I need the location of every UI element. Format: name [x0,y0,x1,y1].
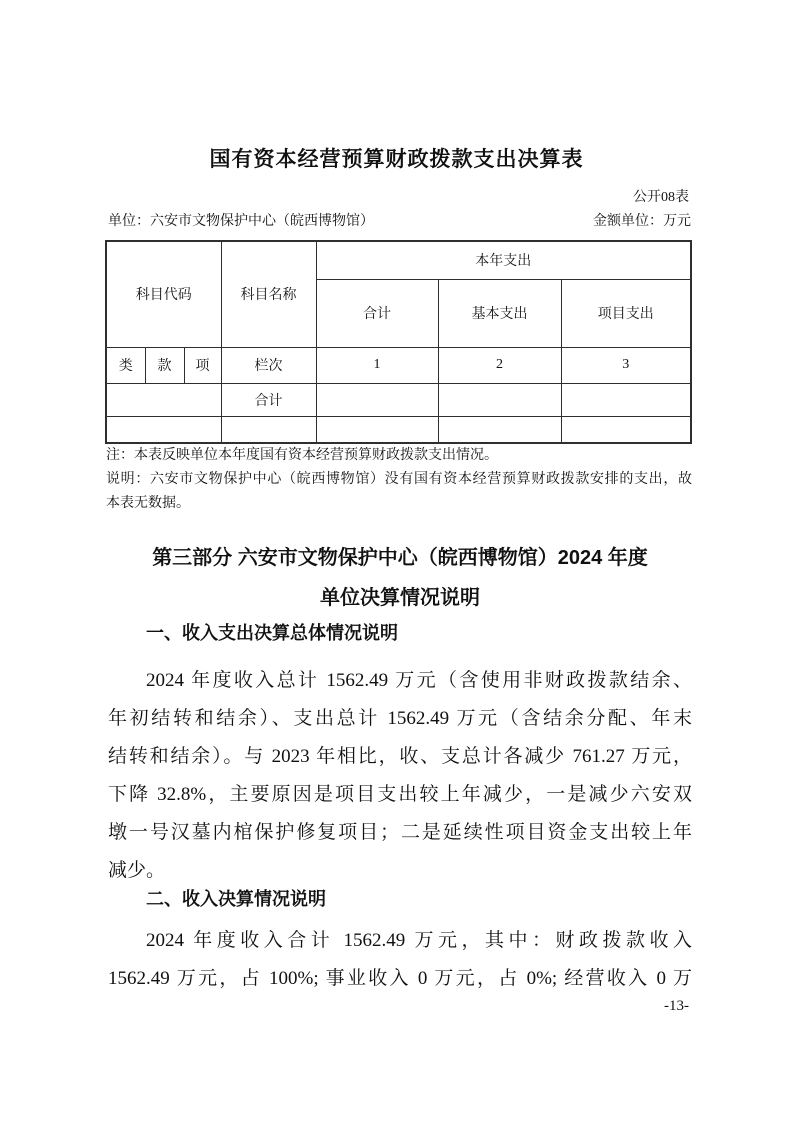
part3-heading-line1: 第三部分 六安市文物保护中心（皖西博物馆）2024 年度 [108,538,692,578]
table-row [106,416,691,443]
header-basic-expenditure: 基本支出 [438,279,561,347]
text-line: 墩一号汉墓内棺保护修复项目；二是延续性项目资金支出较上年 [108,814,692,852]
section1-heading: 一、收入支出决算总体情况说明 [108,620,692,646]
section2-paragraph: 2024 年度收入合计 1562.49 万元，其中：财政拨款收入1562.49 … [108,922,692,998]
row-code-cell [106,383,221,416]
table-row: 合计 [106,383,691,416]
header-current-year-expenditure: 本年支出 [316,241,691,279]
row-total-cell [316,383,438,416]
header-project-expenditure: 项目支出 [561,279,691,347]
row-basic-cell [438,383,561,416]
text-line: 说明：六安市文物保护中心（皖西博物馆）没有国有资本经营预算财政拨款安排的支出，故 [106,468,692,492]
text-line: 减少。 [108,852,692,890]
header-total: 合计 [316,279,438,347]
amount-unit-label: 金额单位：万元 [593,213,691,230]
report-title: 国有资本经营预算财政拨款支出决算表 [0,147,793,173]
page-number: -13- [664,998,689,1014]
row-name-cell: 合计 [221,383,316,416]
row-project-cell [561,416,691,443]
text-line: 下降 32.8%，主要原因是项目支出较上年减少，一是减少六安双 [108,776,692,814]
header-subject-name: 科目名称 [221,241,316,347]
row-basic-cell [438,416,561,443]
column-index-2: 2 [438,347,561,383]
expenditure-table: 科目代码 科目名称 本年支出 合计 基本支出 项目支出 类 款 项 栏次 1 2… [105,240,692,444]
unit-row: 单位：六安市文物保护中心（皖西博物馆） 金额单位：万元 [108,213,691,230]
row-name-cell [221,416,316,443]
column-index-label: 栏次 [221,347,316,383]
row-code-cell [106,416,221,443]
text-line: 年初结转和结余）、支出总计 1562.49 万元（含结余分配、年末 [108,700,692,738]
table-notes: 注：本表反映单位本年度国有资本经营预算财政拨款支出情况。说明：六安市文物保护中心… [106,444,692,516]
text-line: 2024 年度收入总计 1562.49 万元（含使用非财政拨款结余、 [108,662,692,700]
header-subject-code: 科目代码 [106,241,221,347]
row-project-cell [561,383,691,416]
table-code-label: 公开08表 [633,189,689,206]
text-line: 本表无数据。 [106,492,692,516]
text-line: 结转和结余）。与 2023 年相比，收、支总计各减少 761.27 万元， [108,738,692,776]
document-page: 国有资本经营预算财政拨款支出决算表 公开08表 单位：六安市文物保护中心（皖西博… [0,0,793,1122]
row-total-cell [316,416,438,443]
section2-heading: 二、收入决算情况说明 [108,887,692,911]
text-line: 1562.49 万元，占 100%; 事业收入 0 万元，占 0%; 经营收入 … [108,960,692,998]
part3-heading: 第三部分 六安市文物保护中心（皖西博物馆）2024 年度 单位决算情况说明 [108,538,692,618]
part3-heading-line2: 单位决算情况说明 [108,578,692,618]
text-line: 2024 年度收入合计 1562.49 万元，其中：财政拨款收入 [108,922,692,960]
code-col-section: 款 [145,347,184,383]
column-index-1: 1 [316,347,438,383]
code-col-class: 类 [106,347,145,383]
unit-label: 单位：六安市文物保护中心（皖西博物馆） [108,213,374,230]
code-col-item: 项 [184,347,221,383]
column-index-3: 3 [561,347,691,383]
section1-paragraph: 2024 年度收入总计 1562.49 万元（含使用非财政拨款结余、年初结转和结… [108,662,692,890]
text-line: 注：本表反映单位本年度国有资本经营预算财政拨款支出情况。 [106,444,692,468]
